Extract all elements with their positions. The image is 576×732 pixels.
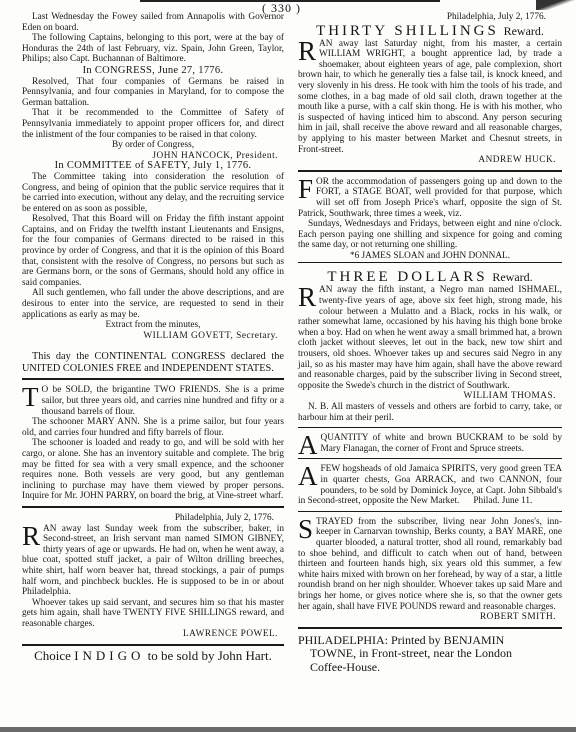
reward-heading-main: THREE DOLLARS (327, 269, 487, 285)
ad-jamaica-spirits: A FEW hogsheads of old Jamaica SPIRITS, … (298, 464, 562, 506)
reward-heading-word: Reward. (504, 24, 544, 38)
congress-heading: In CONGRESS, June 27, 1776. (22, 66, 284, 77)
sale-text: O be SOLD, the brigantine TWO FRIENDS. S… (22, 385, 284, 417)
fowey-news: Last Wednesday the Fowey sailed from Ann… (22, 12, 284, 33)
divider (22, 506, 284, 508)
imprint-line: Coffee-House. (298, 661, 562, 675)
huck-signature: ANDREW HUCK. (298, 155, 562, 166)
congress-recommendation: That it be recommended to the Committee … (22, 108, 284, 140)
divider (298, 427, 562, 428)
spirits-date: Philad. June 11. (473, 496, 532, 506)
dropcap: F (298, 178, 313, 200)
ishmael-description: AN away the fifth instant, a Negro man n… (298, 285, 562, 391)
divider (298, 511, 562, 512)
stage-schedule: Sundays, Wednesdays and Fridays, between… (298, 219, 562, 251)
divider (22, 378, 284, 380)
indigo-post: to be sold by John Hart. (148, 648, 272, 663)
indigo-pre: Choice (34, 648, 71, 663)
committee-heading: In COMMITTEE of SAFETY, July 1, 1776. (22, 161, 284, 172)
dropcap: R (22, 525, 40, 547)
ad-runaway-gibney: Philadelphia, July 2, 1776. R AN away la… (22, 513, 284, 640)
left-column: Last Wednesday the Fowey sailed from Ann… (22, 12, 284, 662)
buckram-text: QUANTITY of white and brown BUCKRAM to b… (298, 433, 562, 454)
dropcap: S (298, 518, 313, 540)
divider (298, 627, 562, 629)
divider (298, 170, 562, 172)
ad-runaway-wright: Philadelphia, July 2, 1776. THIRTY SHILL… (298, 12, 562, 166)
stage-description: OR the accommodation of passengers going… (298, 177, 562, 219)
committee-extract: Extract from the minutes, (22, 320, 284, 331)
committee-signature: WILLIAM GOVETT, Secretary. (22, 331, 284, 342)
ad-runaway-ishmael: THREE DOLLARS Reward. R AN away the fift… (298, 269, 562, 423)
dropcap: R (298, 40, 316, 62)
thomas-nb: N. B. All masters of vessels and others … (298, 402, 562, 423)
ad-buckram: A QUANTITY of white and brown BUCKRAM to… (298, 433, 562, 454)
runaway-reward: Whoever takes up said servant, and secur… (22, 598, 284, 630)
ad-indigo: Choice INDIGO to be sold by John Hart. (22, 651, 284, 662)
reward-heading: THREE DOLLARS Reward. (298, 269, 562, 285)
sale-details: The schooner is loaded and ready to go, … (22, 438, 284, 502)
dateline: Philadelphia, July 2, 1776. (298, 12, 562, 23)
spirits-text: FEW hogsheads of old Jamaica SPIRITS, ve… (298, 464, 562, 506)
sale-schooner: The schooner MARY ANN. She is a prime sa… (22, 417, 284, 438)
imprint-line: TOWNE, in Front-street, near the London (298, 647, 562, 661)
stage-signature: *6 JAMES SLOAN and JOHN DONNAL. (298, 251, 562, 264)
printer-imprint: PHILADELPHIA: Printed by BENJAMIN TOWNE,… (298, 634, 562, 675)
congress-resolution: Resolved, That four companies of Germans… (22, 77, 284, 109)
scan-bottom-edge (0, 727, 576, 732)
page-corner-shadow (536, 0, 576, 10)
ad-stage-boat: F OR the accommodation of passengers goi… (298, 177, 562, 264)
runaway-signature: LAWRENCE POWEL. (22, 629, 284, 640)
imprint-line: PHILADELPHIA: Printed by BENJAMIN (298, 634, 562, 648)
divider (298, 458, 562, 459)
strayed-description: TRAYED from the subscriber, living near … (298, 517, 562, 612)
runaway-description: AN away last Sunday week from the subscr… (22, 524, 284, 598)
dropcap: A (298, 465, 318, 487)
ad-strayed-mare: S TRAYED from the subscriber, living nea… (298, 517, 562, 623)
dropcap: T (22, 386, 39, 408)
thomas-signature: WILLIAM THOMAS. (298, 391, 562, 402)
captains-news: The following Captains, belonging to thi… (22, 33, 284, 65)
reward-heading-main: THIRTY SHILLINGS (316, 23, 499, 39)
wright-description: AN away last Saturday night, from his ma… (298, 39, 562, 156)
indigo-word: INDIGO (74, 648, 144, 663)
dateline: Philadelphia, July 2, 1776. (22, 513, 284, 524)
right-column: Philadelphia, July 2, 1776. THIRTY SHILL… (298, 12, 562, 674)
dropcap: R (298, 286, 316, 308)
committee-resolution: Resolved, That this Board will on Friday… (22, 214, 284, 288)
independence-notice: This day the CONTINENTAL CONGRESS declar… (22, 351, 284, 374)
smith-signature: ROBERT SMITH. (298, 612, 562, 623)
divider (22, 644, 284, 646)
dropcap: A (298, 434, 318, 456)
reward-heading-word: Reward. (492, 270, 532, 284)
reward-heading: THIRTY SHILLINGS Reward. (298, 23, 562, 39)
committee-request: All such gentlemen, who fall under the a… (22, 288, 284, 320)
committee-consideration: The Committee taking into consideration … (22, 172, 284, 214)
congress-by-order: By order of Congress, (22, 140, 284, 151)
ad-brigantine-sale: T O be SOLD, the brigantine TWO FRIENDS.… (22, 385, 284, 502)
